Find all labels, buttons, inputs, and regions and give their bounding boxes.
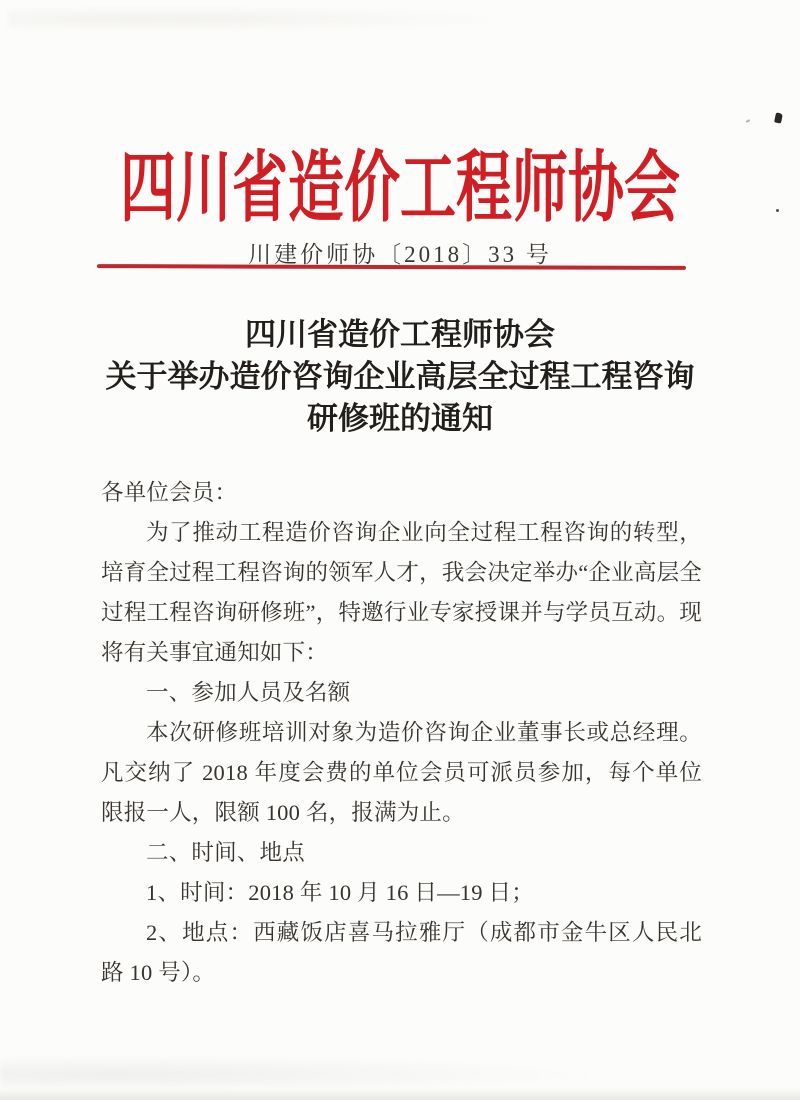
scan-speck — [746, 119, 750, 123]
body-paragraph: 二、时间、地点 — [101, 833, 702, 873]
scan-speck — [774, 112, 783, 123]
salutation: 各单位会员： — [101, 473, 702, 513]
body-paragraph: 为了推动工程造价咨询企业向全过程工程咨询的转型，培育全过程工程咨询的领军人才，我… — [101, 513, 702, 673]
scan-smudge-bottom — [0, 1054, 640, 1088]
body-paragraph: 1、时间：2018 年 10 月 16 日—19 日； — [101, 873, 702, 913]
letterhead-red-rule — [97, 264, 686, 270]
letterhead-org-name: 四川省造价工程师协会 — [0, 127, 800, 237]
document-body: 各单位会员： 为了推动工程造价咨询企业向全过程工程咨询的转型，培育全过程工程咨询… — [101, 473, 702, 993]
body-paragraph: 一、参加人员及名额 — [101, 673, 702, 713]
scan-speck — [776, 209, 779, 212]
scan-smudge-top — [8, 6, 528, 32]
page-bottom-edge — [0, 1088, 800, 1100]
document-title: 四川省造价工程师协会关于举办造价咨询企业高层全过程工程咨询研修班的通知 — [0, 314, 800, 440]
scanned-document-page: 四川省造价工程师协会 川建价师协〔2018〕33 号 四川省造价工程师协会关于举… — [0, 0, 800, 1100]
title-line: 研修班的通知 — [0, 398, 800, 440]
title-line: 关于举办造价咨询企业高层全过程工程咨询 — [0, 356, 800, 398]
body-paragraph: 2、地点：西藏饭店喜马拉雅厅（成都市金牛区人民北路 10 号）。 — [101, 913, 702, 993]
title-line: 四川省造价工程师协会 — [0, 314, 800, 356]
body-paragraph: 本次研修班培训对象为造价咨询企业董事长或总经理。凡交纳了 2018 年度会费的单… — [101, 713, 702, 833]
